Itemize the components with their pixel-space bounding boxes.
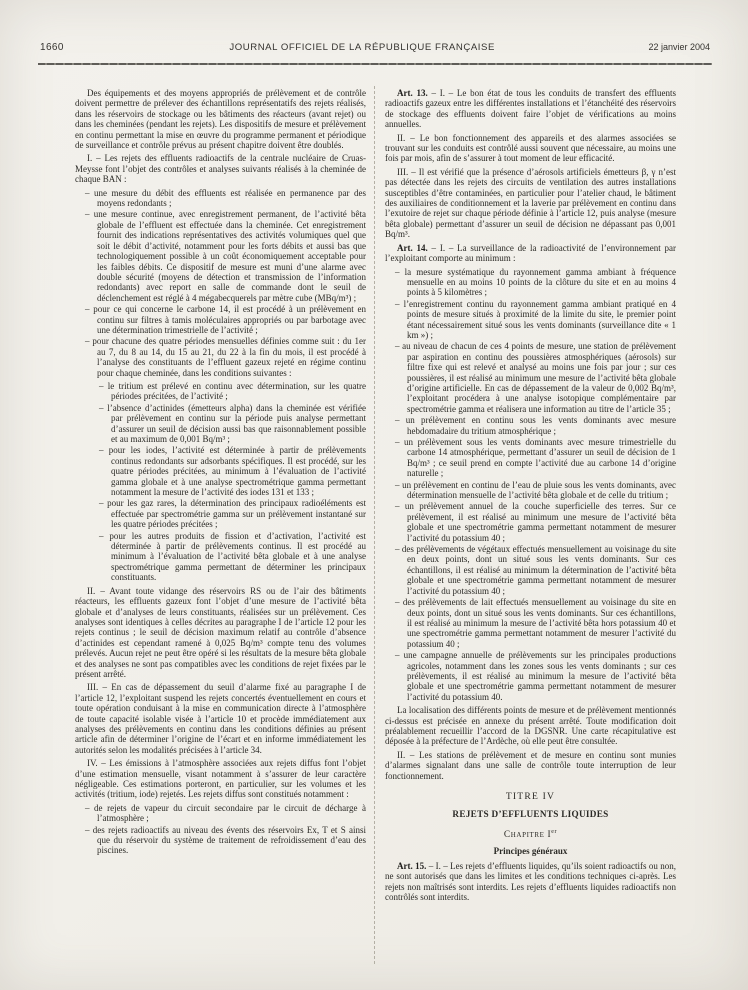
paragraph: Art. 15. – I. – Les rejets d’effluents l… (385, 861, 676, 903)
paragraph: II. – Les stations de prélèvement et de … (385, 750, 676, 781)
paragraph: Des équipements et des moyens appropriés… (75, 88, 366, 150)
list-item: – pour chacune des quatre périodes mensu… (75, 336, 366, 378)
list-item: – des prélèvements de végétaux effectués… (385, 544, 676, 596)
list-item: – une campagne annuelle de prélèvements … (385, 650, 676, 702)
list-item: – la mesure systématique du rayonnement … (385, 267, 676, 298)
list-item: – un prélèvement sous les vents dominant… (385, 437, 676, 479)
left-column: Des équipements et des moyens appropriés… (75, 88, 366, 857)
title-heading: TITRE IV (385, 792, 676, 802)
sub-list-item: – pour les iodes, l’activité est détermi… (75, 445, 366, 497)
sub-list-item: – l’absence d’actinides (émetteurs alpha… (75, 403, 366, 445)
paragraph: II. – Le bon fonctionnement des appareil… (385, 133, 676, 164)
paragraph: Art. 13. – I. – Le bon état de tous les … (385, 88, 676, 130)
sub-list-item: – pour les autres produits de fission et… (75, 531, 366, 583)
list-item: – des prélèvements de lait effectués men… (385, 597, 676, 649)
paragraph: II. – Avant toute vidange des réservoirs… (75, 586, 366, 680)
list-item: – un prélèvement en continu sous les ven… (385, 415, 676, 436)
list-item: – des rejets radioactifs au niveau des é… (75, 825, 366, 856)
journal-title: JOURNAL OFFICIEL DE LA RÉPUBLIQUE FRANÇA… (229, 42, 495, 53)
page-header: 1660 JOURNAL OFFICIEL DE LA RÉPUBLIQUE F… (40, 42, 710, 57)
list-item: – de rejets de vapeur du circuit seconda… (75, 803, 366, 824)
header-rule (38, 63, 712, 65)
paragraph: III. – Il est vérifié que la présence d’… (385, 167, 676, 240)
list-item: – un prélèvement en continu de l’eau de … (385, 480, 676, 501)
sub-list-item: – pour les gaz rares, la détermination d… (75, 498, 366, 529)
paragraph: Art. 14. – I. – La surveillance de la ra… (385, 243, 676, 264)
list-item: – un prélèvement annuel de la couche sup… (385, 501, 676, 543)
paragraph: La localisation des différents points de… (385, 705, 676, 747)
list-item: – l’enregistrement continu du rayonnemen… (385, 299, 676, 341)
column-divider (374, 86, 375, 966)
issue-date: 22 janvier 2004 (648, 42, 710, 52)
section-heading: REJETS D’EFFLUENTS LIQUIDES (385, 809, 676, 819)
chapter-heading: Chapitre Ier (385, 827, 676, 841)
list-item: – au niveau de chacun de ces 4 points de… (385, 341, 676, 414)
sub-list-item: – le tritium est prélevé en continu avec… (75, 381, 366, 402)
right-column: Art. 13. – I. – Le bon état de tous les … (385, 88, 676, 905)
journal-page: { "header": { "page_number": "1660", "jo… (0, 0, 748, 990)
paragraph: IV. – Les émissions à l’atmosphère assoc… (75, 758, 366, 800)
list-item: – une mesure continue, avec enregistreme… (75, 209, 366, 303)
list-item: – une mesure du débit des effluents est … (75, 188, 366, 209)
paragraph: I. – Les rejets des effluents radioactif… (75, 153, 366, 184)
list-item: – pour ce qui concerne le carbone 14, il… (75, 304, 366, 335)
page-number: 1660 (40, 42, 64, 53)
paragraph: III. – En cas de dépassement du seuil d’… (75, 682, 366, 755)
subsection-heading: Principes généraux (385, 846, 676, 856)
